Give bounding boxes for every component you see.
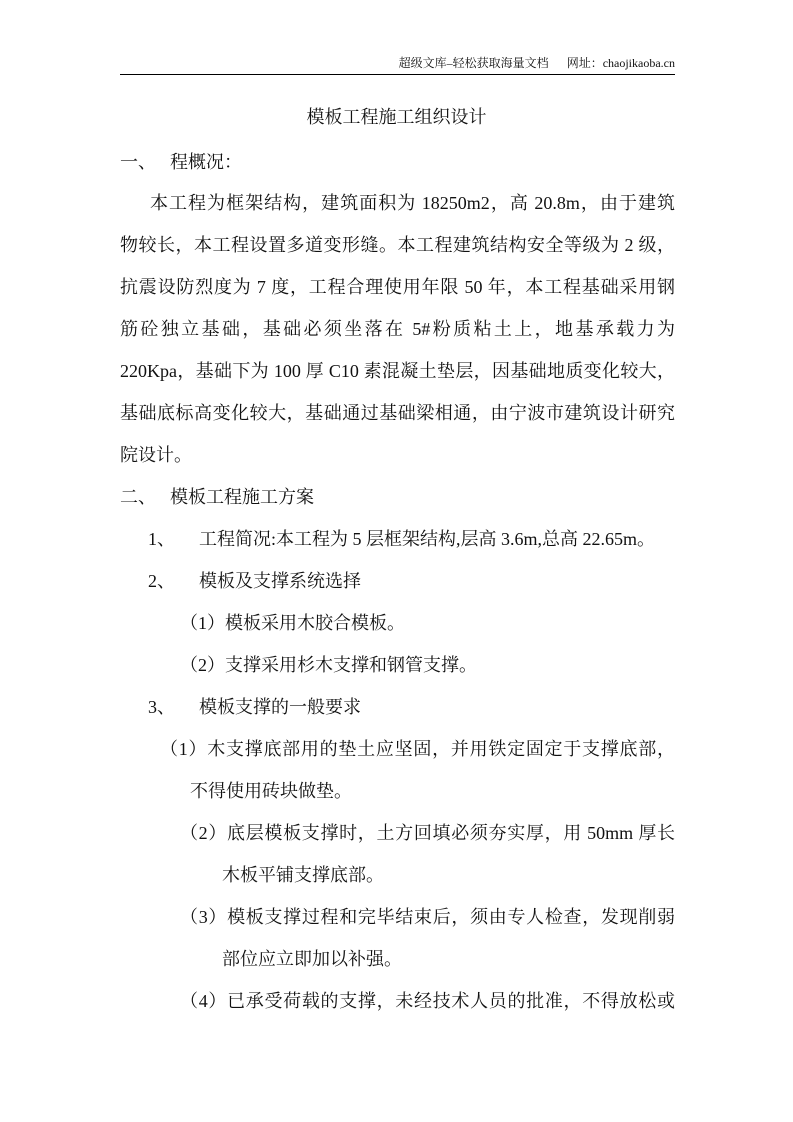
item-3-sub-4-line1: （4）已承受荷载的支撑，未经技术人员的批准，不得放松或 <box>180 990 675 1012</box>
site-slogan: 超级文库–轻松获取海量文档 <box>399 54 549 71</box>
item-3-number: 3、 <box>148 697 175 717</box>
item-2-text: 模板及支撑系统选择 <box>199 571 361 591</box>
item-1: 1、工程简况:本工程为 5 层框架结构,层高 3.6m,总高 22.65m。 <box>148 528 655 550</box>
section1-para-line: 220Kpa，基础下为 100 厚 C10 素混凝土垫层，因基础地质变化较大， <box>120 360 675 382</box>
item-3-text: 模板支撑的一般要求 <box>199 697 361 717</box>
item-1-number: 1、 <box>148 529 175 549</box>
page-header: 超级文库–轻松获取海量文档网址：chaojikaoba.cn <box>120 54 675 75</box>
section1-para-line: 物较长，本工程设置多道变形缝。本工程建筑结构安全等级为 2 级， <box>120 234 675 256</box>
section1-para-line: 基础底标高变化较大，基础通过基础梁相通，由宁波市建筑设计研究 <box>120 402 675 424</box>
item-3-sub-1-line2: 不得使用砖块做垫。 <box>190 780 352 802</box>
item-3-sub-2-line1: （2）底层模板支撑时，土方回填必须夯实厚，用 50mm 厚长 <box>180 822 675 844</box>
site-url: 网址：chaojikaoba.cn <box>567 54 675 71</box>
item-3-sub-2-line2: 木板平铺支撑底部。 <box>222 864 384 886</box>
item-3-sub-3-line1: （3）模板支撑过程和完毕结束后，须由专人检查，发现削弱 <box>180 906 675 928</box>
section1-number: 一、 <box>120 152 156 172</box>
item-3: 3、模板支撑的一般要求 <box>148 696 361 718</box>
section1-para-line: 筋砼独立基础，基础必须坐落在 5#粉质粘土上，地基承载力为 <box>120 318 675 340</box>
section1-heading: 一、程概况： <box>120 151 242 173</box>
section1-para-line: 院设计。 <box>120 444 192 466</box>
section1-title: 程概况： <box>170 152 242 172</box>
item-2-number: 2、 <box>148 571 175 591</box>
section2-title: 模板工程施工方案 <box>170 487 314 507</box>
section1-para-line: 本工程为框架结构，建筑面积为 18250m2，高 20.8m，由于建筑 <box>150 192 675 214</box>
section2-number: 二、 <box>120 487 156 507</box>
item-2-sub-2: （2）支撑采用杉木支撑和钢管支撑。 <box>180 654 477 676</box>
item-2: 2、模板及支撑系统选择 <box>148 570 361 592</box>
item-2-sub-1: （1）模板采用木胶合模板。 <box>180 612 405 634</box>
item-3-sub-3-line2: 部位应立即加以补强。 <box>222 948 402 970</box>
section1-para-line: 抗震设防烈度为 7 度，工程合理使用年限 50 年，本工程基础采用钢 <box>120 276 675 298</box>
item-1-text: 工程简况:本工程为 5 层框架结构,层高 3.6m,总高 22.65m。 <box>199 529 655 549</box>
section2-heading: 二、模板工程施工方案 <box>120 486 314 508</box>
item-3-sub-1-line1: （1）木支撑底部用的垫土应坚固，并用铁定固定于支撑底部， <box>160 738 675 760</box>
document-title: 模板工程施工组织设计 <box>0 106 793 128</box>
